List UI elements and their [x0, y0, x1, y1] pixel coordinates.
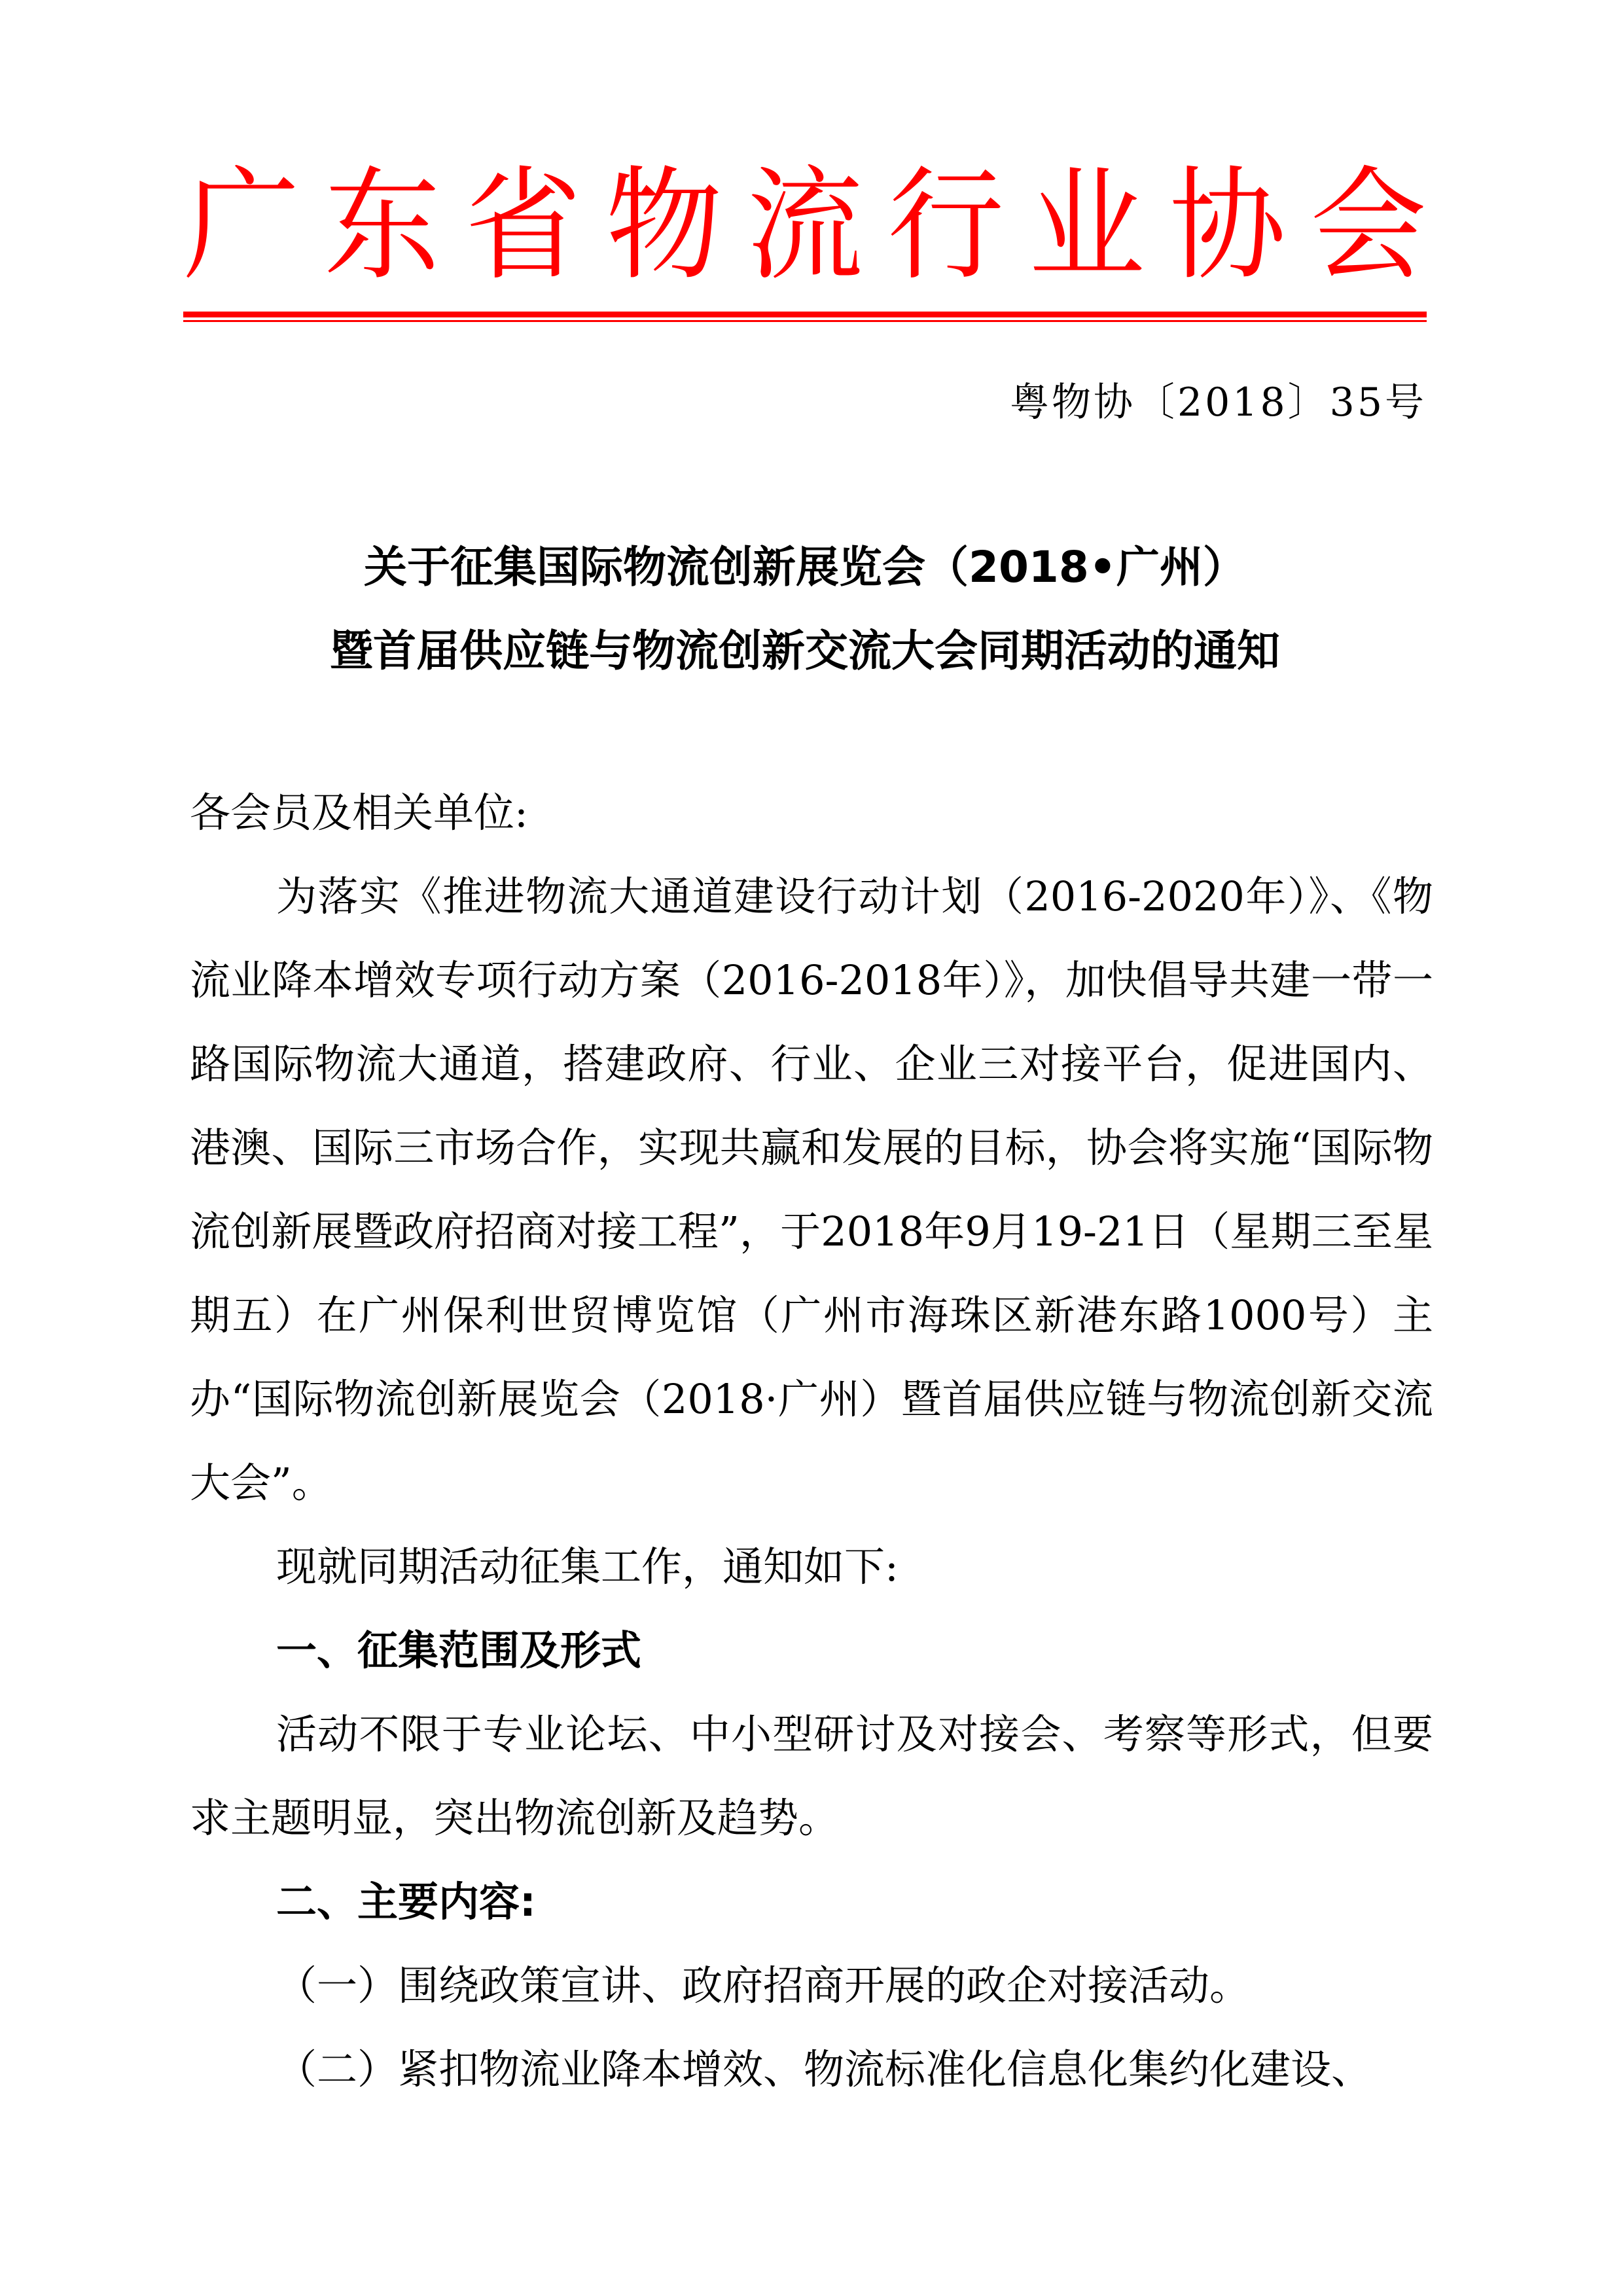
salutation: 各会员及相关单位:: [190, 771, 1433, 855]
letterhead-char: 协: [1169, 154, 1286, 298]
intro-paragraph: 为落实《推进物流大通道建设行动计划（2016-2020年）》、《物流业降本增效专…: [190, 855, 1433, 1525]
document-body: 各会员及相关单位: 为落实《推进物流大通道建设行动计划（2016-2020年）》…: [190, 771, 1433, 2111]
transition-paragraph: 现就同期活动征集工作，通知如下:: [190, 1525, 1433, 1609]
section-heading-2: 二、主要内容:: [190, 1860, 1433, 1944]
letterhead-char: 业: [1029, 154, 1145, 298]
letterhead-char: 东: [324, 154, 440, 298]
letterhead-rule-thin: [183, 320, 1427, 322]
letterhead-char: 行: [887, 154, 1004, 298]
letterhead-organization-name: 广 东 省 物 流 行 业 协 会: [183, 157, 1427, 295]
letterhead-char: 流: [747, 154, 863, 298]
section-2-item-1: （一）围绕政策宣讲、政府招商开展的政企对接活动。: [190, 1944, 1433, 2028]
letterhead-rule-thick: [183, 312, 1427, 317]
letterhead-char: 会: [1310, 154, 1427, 298]
section-heading-1: 一、征集范围及形式: [190, 1609, 1433, 1693]
letterhead-char: 省: [465, 154, 582, 298]
section-1-paragraph: 活动不限于专业论坛、中小型研讨及对接会、考察等形式，但要求主题明显，突出物流创新…: [190, 1693, 1433, 1860]
section-2-item-2: （二）紧扣物流业降本增效、物流标准化信息化集约化建设、: [190, 2028, 1433, 2111]
document-number: 粤物协〔2018〕35号: [1010, 376, 1427, 429]
document-title-line-2: 暨首届供应链与物流创新交流大会同期活动的通知: [183, 622, 1427, 681]
letterhead-char: 物: [606, 154, 722, 298]
letterhead-char: 广: [183, 154, 300, 298]
document-title-line-1: 关于征集国际物流创新展览会（2018•广州）: [183, 538, 1427, 597]
